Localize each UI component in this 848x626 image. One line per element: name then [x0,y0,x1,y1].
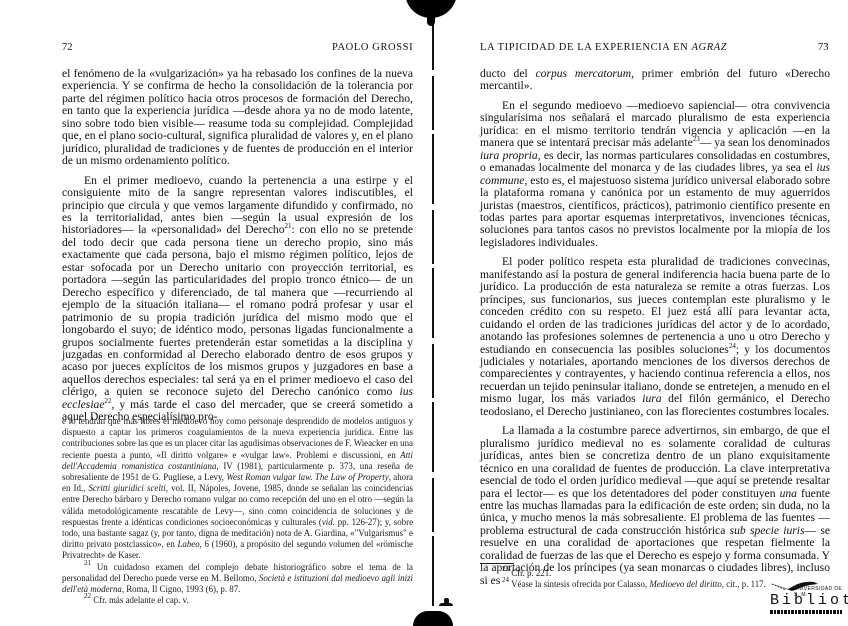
footnote: 22 Cfr. más adelante el cap. v. [62,595,413,606]
paragraph: En el segundo medioevo —medioevo sapienc… [480,100,830,249]
paragraph: ducto del corpus mercatorum, primer embr… [480,68,830,93]
footnote-continued: e lo tendrán que más libres el medioevo … [62,416,413,562]
main-text: el fenómeno de la «vulgarización» ya ha … [62,68,413,424]
library-stamp: UNIVERSIDAD DE S. M. Biblioteca [768,580,844,620]
paragraph: el fenómeno de la «vulgarización» ya ha … [62,68,413,168]
right-page: LA TIPICIDAD DE LA EXPERIENCIA EN AGRAZ … [434,0,848,626]
running-head-author: PAOLO GROSSI [332,42,413,53]
footnote-rule [480,563,514,564]
main-text: ducto del corpus mercatorum, primer embr… [480,68,830,587]
page-number: 73 [818,42,829,53]
footnote-ref[interactable]: 21 [285,222,292,230]
stamp-bottom-line [770,610,842,614]
stamp-word: Biblioteca [770,592,848,609]
footnotes: e lo tendrán que más libres el medioevo … [62,416,413,606]
left-page: 72 PAOLO GROSSI el fenómeno de la «vulga… [0,0,433,626]
footnote-ref[interactable]: 23 [693,135,700,143]
paragraph: El poder político respeta esta pluralida… [480,256,830,418]
paragraph: En el primer medioevo, cuando la pertene… [62,175,413,424]
paragraph: La llamada a la costumbre parece adverti… [480,425,830,587]
page-number: 72 [62,42,73,53]
footnote-ref[interactable]: 24 [729,342,736,350]
footnote: 21 Un cuidadoso examen del complejo deba… [62,562,413,596]
footnote: 23 Cfr. p. 221. [480,568,830,579]
running-head-title: LA TIPICIDAD DE LA EXPERIENCIA EN AGRAZ [480,42,727,53]
